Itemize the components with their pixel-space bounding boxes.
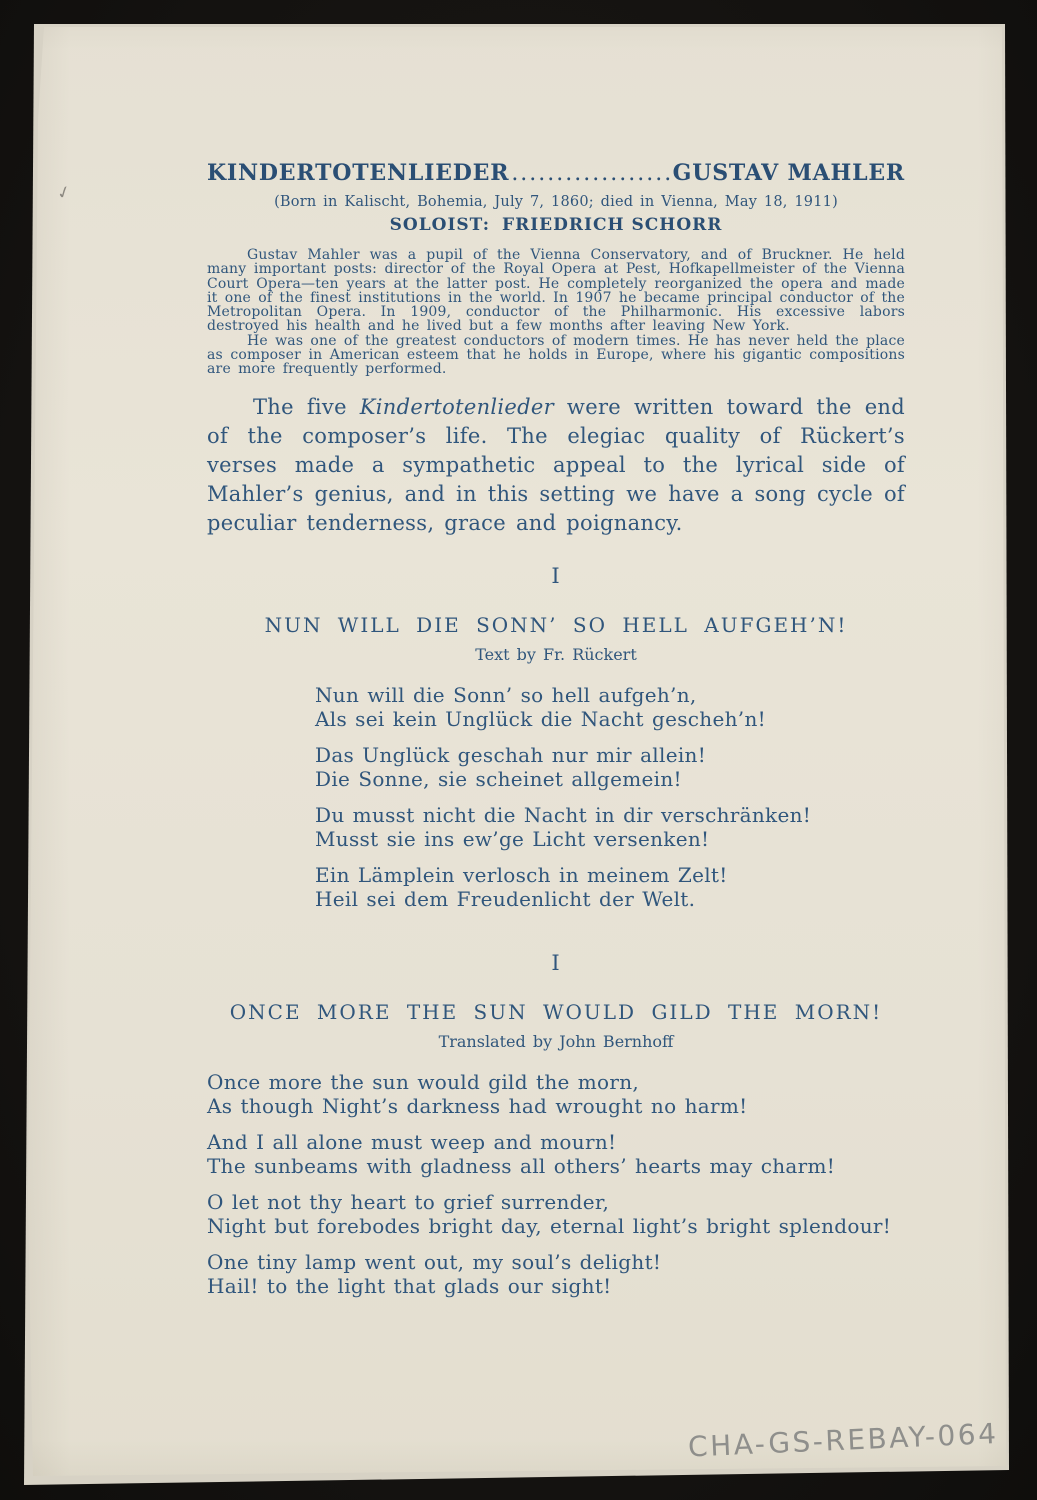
verse-line: Musst sie ins ew’ge Licht versenken! — [315, 827, 905, 851]
verse-line: And I all alone must weep and mourn! — [207, 1130, 905, 1154]
verse-line: Heil sei dem Freudenlicht der Welt. — [315, 887, 905, 911]
composer-dates: (Born in Kalischt, Bohemia, July 7, 1860… — [207, 194, 905, 210]
intro-italic-work-title: Kindertotenlieder — [360, 395, 554, 419]
verse-line: Als sei kein Unglück die Nacht gescheh’n… — [315, 707, 905, 731]
work-title: KINDERTOTENLIEDER — [207, 160, 509, 186]
biography-paragraph-2: He was one of the greatest conductors of… — [207, 334, 905, 377]
german-song-credit: Text by Fr. Rückert — [207, 645, 905, 664]
verse-line: One tiny lamp went out, my soul’s deligh… — [207, 1250, 905, 1274]
german-stanza-3: Du musst nicht die Nacht in dir verschrä… — [315, 803, 905, 851]
biography-section: Gustav Mahler was a pupil of the Vienna … — [207, 248, 905, 377]
verse-line: Das Unglück geschah nur mir allein! — [315, 743, 905, 767]
english-song-credit: Translated by John Bernhoff — [207, 1032, 905, 1051]
english-song-title: ONCE MORE THE SUN WOULD GILD THE MORN! — [207, 1000, 905, 1024]
english-stanza-1: Once more the sun would gild the morn, A… — [207, 1070, 905, 1118]
intro-text-before: The five — [253, 395, 360, 419]
verse-line: O let not thy heart to grief surrender, — [207, 1190, 905, 1214]
english-stanza-2: And I all alone must weep and mourn! The… — [207, 1130, 905, 1178]
page-content: KINDERTOTENLIEDER ......................… — [207, 160, 905, 1310]
german-stanza-1: Nun will die Sonn’ so hell aufgeh’n, Als… — [315, 683, 905, 731]
introduction-paragraph: The five Kindertotenlieder were written … — [207, 393, 905, 538]
soloist-line: SOLOIST:FRIEDRICH SCHORR — [207, 215, 905, 235]
english-verses: Once more the sun would gild the morn, A… — [207, 1070, 905, 1298]
verse-line: Die Sonne, sie scheinet allgemein! — [315, 767, 905, 791]
english-stanza-3: O let not thy heart to grief surrender, … — [207, 1190, 905, 1238]
verse-line: The sunbeams with gladness all others’ h… — [207, 1154, 905, 1178]
verse-line: Night but forebodes bright day, eternal … — [207, 1214, 905, 1238]
verse-line: Ein Lämplein verlosch in meinem Zelt! — [315, 863, 905, 887]
work-title-line: KINDERTOTENLIEDER ......................… — [207, 160, 905, 186]
soloist-label: SOLOIST: — [390, 215, 490, 235]
leader-dots: .................................. — [511, 161, 670, 186]
english-section-number: I — [207, 951, 905, 975]
introduction-section: The five Kindertotenlieder were written … — [207, 393, 905, 538]
biography-paragraph-1: Gustav Mahler was a pupil of the Vienna … — [207, 248, 905, 334]
verse-line: Nun will die Sonn’ so hell aufgeh’n, — [315, 683, 905, 707]
verse-line: As though Night’s darkness had wrought n… — [207, 1094, 905, 1118]
soloist-name: FRIEDRICH SCHORR — [502, 215, 722, 235]
german-verses: Nun will die Sonn’ so hell aufgeh’n, Als… — [207, 683, 905, 911]
german-stanza-2: Das Unglück geschah nur mir allein! Die … — [315, 743, 905, 791]
german-stanza-4: Ein Lämplein verlosch in meinem Zelt! He… — [315, 863, 905, 911]
german-song-title: NUN WILL DIE SONN’ SO HELL AUFGEH’N! — [207, 613, 905, 637]
german-section-number: I — [207, 564, 905, 588]
english-stanza-4: One tiny lamp went out, my soul’s deligh… — [207, 1250, 905, 1298]
verse-line: Du musst nicht die Nacht in dir verschrä… — [315, 803, 905, 827]
scanned-program-page: KINDERTOTENLIEDER ......................… — [0, 0, 1037, 1500]
composer-name: GUSTAV MAHLER — [673, 160, 905, 186]
verse-line: Hail! to the light that glads our sight! — [207, 1274, 905, 1298]
verse-line: Once more the sun would gild the morn, — [207, 1070, 905, 1094]
